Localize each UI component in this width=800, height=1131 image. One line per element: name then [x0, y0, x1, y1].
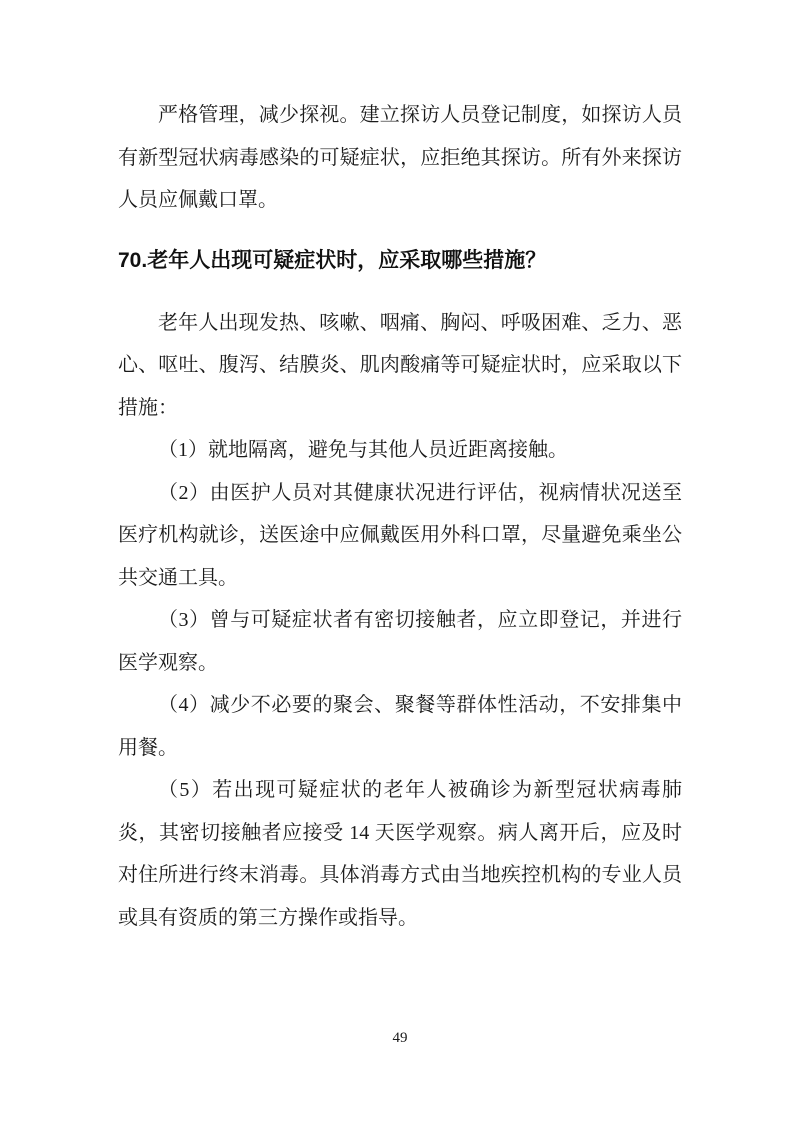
measure-item-2: （2）由医护人员对其健康状况进行评估，视病情状况送至医疗机构就诊，送医途中应佩戴… — [118, 472, 682, 600]
document-page: 严格管理，减少探视。建立探访人员登记制度，如探访人员有新型冠状病毒感染的可疑症状… — [0, 0, 800, 1131]
section-heading-question-70: 70.老年人出现可疑症状时，应采取哪些措施？ — [118, 239, 682, 282]
page-content: 严格管理，减少探视。建立探访人员登记制度，如探访人员有新型冠状病毒感染的可疑症状… — [118, 94, 682, 939]
measure-item-1: （1）就地隔离，避免与其他人员近距离接触。 — [118, 429, 682, 472]
measure-item-5: （5）若出现可疑症状的老年人被确诊为新型冠状病毒肺炎，其密切接触者应接受 14 … — [118, 769, 682, 939]
measure-item-4: （4）减少不必要的聚会、聚餐等群体性活动，不安排集中用餐。 — [118, 684, 682, 769]
paragraph-symptoms-lead: 老年人出现发热、咳嗽、咽痛、胸闷、呼吸困难、乏力、恶心、呕吐、腹泻、结膜炎、肌肉… — [118, 302, 682, 430]
paragraph-visitor-management: 严格管理，减少探视。建立探访人员登记制度，如探访人员有新型冠状病毒感染的可疑症状… — [118, 94, 682, 222]
page-number: 49 — [0, 1028, 800, 1048]
measure-item-3: （3）曾与可疑症状者有密切接触者，应立即登记，并进行医学观察。 — [118, 599, 682, 684]
